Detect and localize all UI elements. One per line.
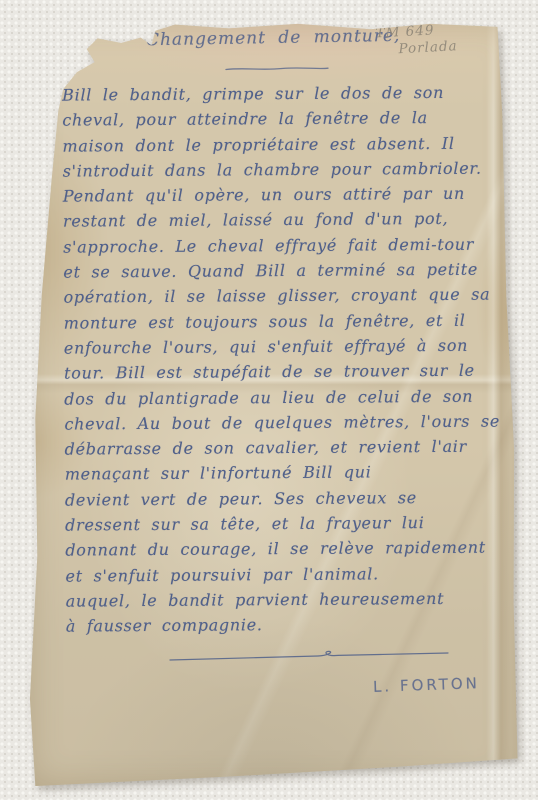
- manuscript-paper: Changement de monture, TM 649 Porlada Bi…: [28, 20, 518, 786]
- handwritten-line: Pendant qu'il opère, un ours attiré par …: [63, 184, 513, 212]
- handwritten-line: à fausser compagnie.: [66, 614, 516, 642]
- handwritten-line: et se sauve. Quand Bill a terminé sa pet…: [63, 260, 513, 288]
- handwritten-line: auquel, le bandit parvient heureusement: [66, 588, 516, 616]
- handwritten-line: et s'enfuit poursuivi par l'animal.: [65, 563, 515, 591]
- handwritten-line: dos du plantigrade au lieu de celui de s…: [64, 386, 514, 414]
- handwritten-line: menaçant sur l'infortuné Bill qui: [65, 462, 515, 490]
- handwritten-line: débarrasse de son cavalier, et revient l…: [65, 437, 515, 465]
- title-underline-flourish: [224, 64, 330, 73]
- handwritten-line: cheval, pour atteindre la fenêtre de la: [62, 108, 512, 136]
- manuscript-body: Bill le bandit, grimpe sur le dos de son…: [62, 82, 516, 642]
- handwritten-line: tour. Bill est stupéfait de se trouver s…: [64, 361, 514, 389]
- signature: L. FORTON: [373, 674, 480, 696]
- handwritten-line: dressent sur sa tête, et la frayeur lui: [65, 512, 515, 540]
- pencil-annotation: TM 649 Porlada: [375, 19, 507, 59]
- end-flourish-line: [168, 648, 450, 664]
- handwritten-line: s'introduit dans la chambre pour cambrio…: [63, 158, 513, 186]
- handwritten-line: restant de miel, laissé au fond d'un pot…: [63, 209, 513, 237]
- photo-background: Changement de monture, TM 649 Porlada Bi…: [0, 0, 538, 800]
- handwritten-line: Bill le bandit, grimpe sur le dos de son: [62, 82, 512, 110]
- handwritten-line: devient vert de peur. Ses cheveux se: [65, 487, 515, 515]
- handwritten-line: enfourche l'ours, qui s'enfuit effrayé à…: [64, 335, 514, 363]
- document-title: Changement de monture,: [146, 26, 401, 50]
- handwritten-line: monture est toujours sous la fenêtre, et…: [64, 310, 514, 338]
- manuscript-paper-shadow: Changement de monture, TM 649 Porlada Bi…: [0, 0, 538, 800]
- handwritten-line: maison dont le propriétaire est absent. …: [62, 133, 512, 161]
- handwritten-line: s'approche. Le cheval effrayé fait demi-…: [63, 234, 513, 262]
- handwritten-line: cheval. Au bout de quelques mètres, l'ou…: [64, 411, 514, 439]
- handwritten-line: donnant du courage, il se relève rapidem…: [65, 538, 515, 566]
- handwritten-line: opération, il se laisse glisser, croyant…: [63, 285, 513, 313]
